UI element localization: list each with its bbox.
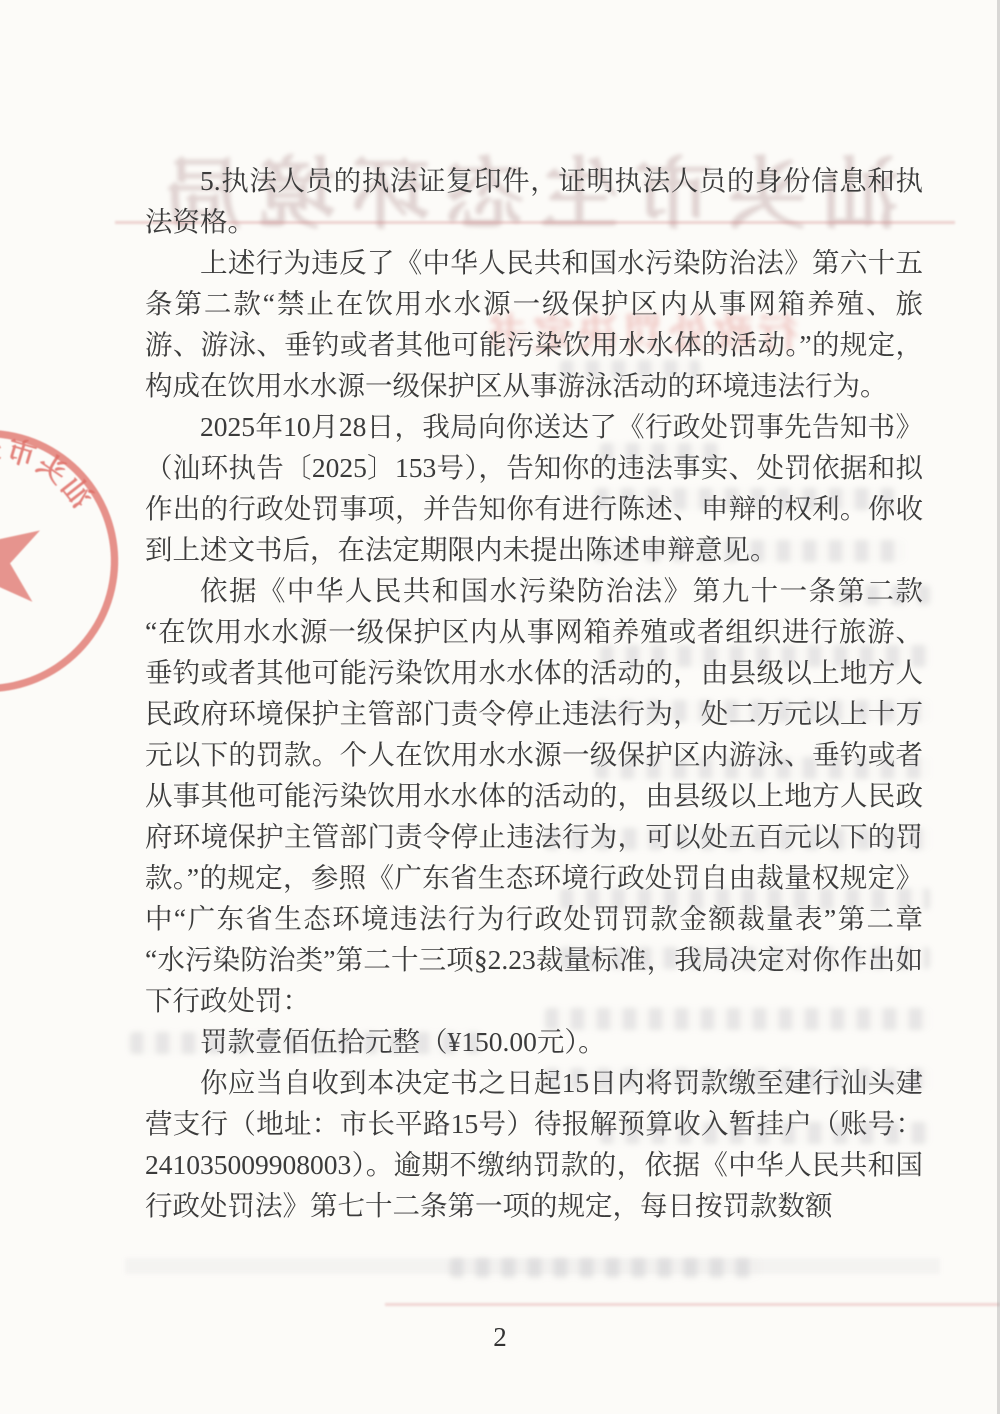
paragraph-prior-notice: 2025年10月28日，我局向你送达了《行政处罚事先告知书》（汕环执告〔2025… [145, 406, 923, 570]
seal-star-icon [0, 489, 54, 621]
svg-text:汕头市生态环境局: 汕头市生态环境局 [0, 409, 101, 558]
paragraph-payment-instructions: 你应当自收到本决定书之日起15日内将罚款缴至建行汕头建营支行（地址：市长平路15… [145, 1062, 923, 1226]
paragraph-violation-finding: 上述行为违反了《中华人民共和国水污染防治法》第六十五条第二款“禁止在饮用水水源一… [145, 242, 923, 406]
bleed-through-smudge [125, 1258, 940, 1274]
page-number: 2 [0, 1322, 1000, 1353]
document-body: 5.执法人员的执法证复印件，证明执法人员的身份信息和执法资格。 上述行为违反了《… [145, 160, 923, 1226]
official-seal: 汕头市生态环境局 [0, 399, 149, 724]
seal-ring [0, 410, 138, 712]
bleed-through-footer-line [385, 1303, 1000, 1306]
seal-text: 汕头市生态环境局 [0, 409, 101, 558]
paragraph-penalty-amount: 罚款壹佰伍拾元整（¥150.00元）。 [145, 1021, 923, 1062]
paragraph-evidence-item-5: 5.执法人员的执法证复印件，证明执法人员的身份信息和执法资格。 [145, 160, 923, 242]
paragraph-legal-basis: 依据《中华人民共和国水污染防治法》第九十一条第二款“在饮用水水源一级保护区内从事… [145, 570, 923, 1021]
document-page: 汕头市生态环境局 行政处罚决定书 汕头市生态环境局 5.执法人员的执法证复印件，… [0, 0, 1000, 1414]
seal-graphic: 汕头市生态环境局 [0, 399, 149, 724]
